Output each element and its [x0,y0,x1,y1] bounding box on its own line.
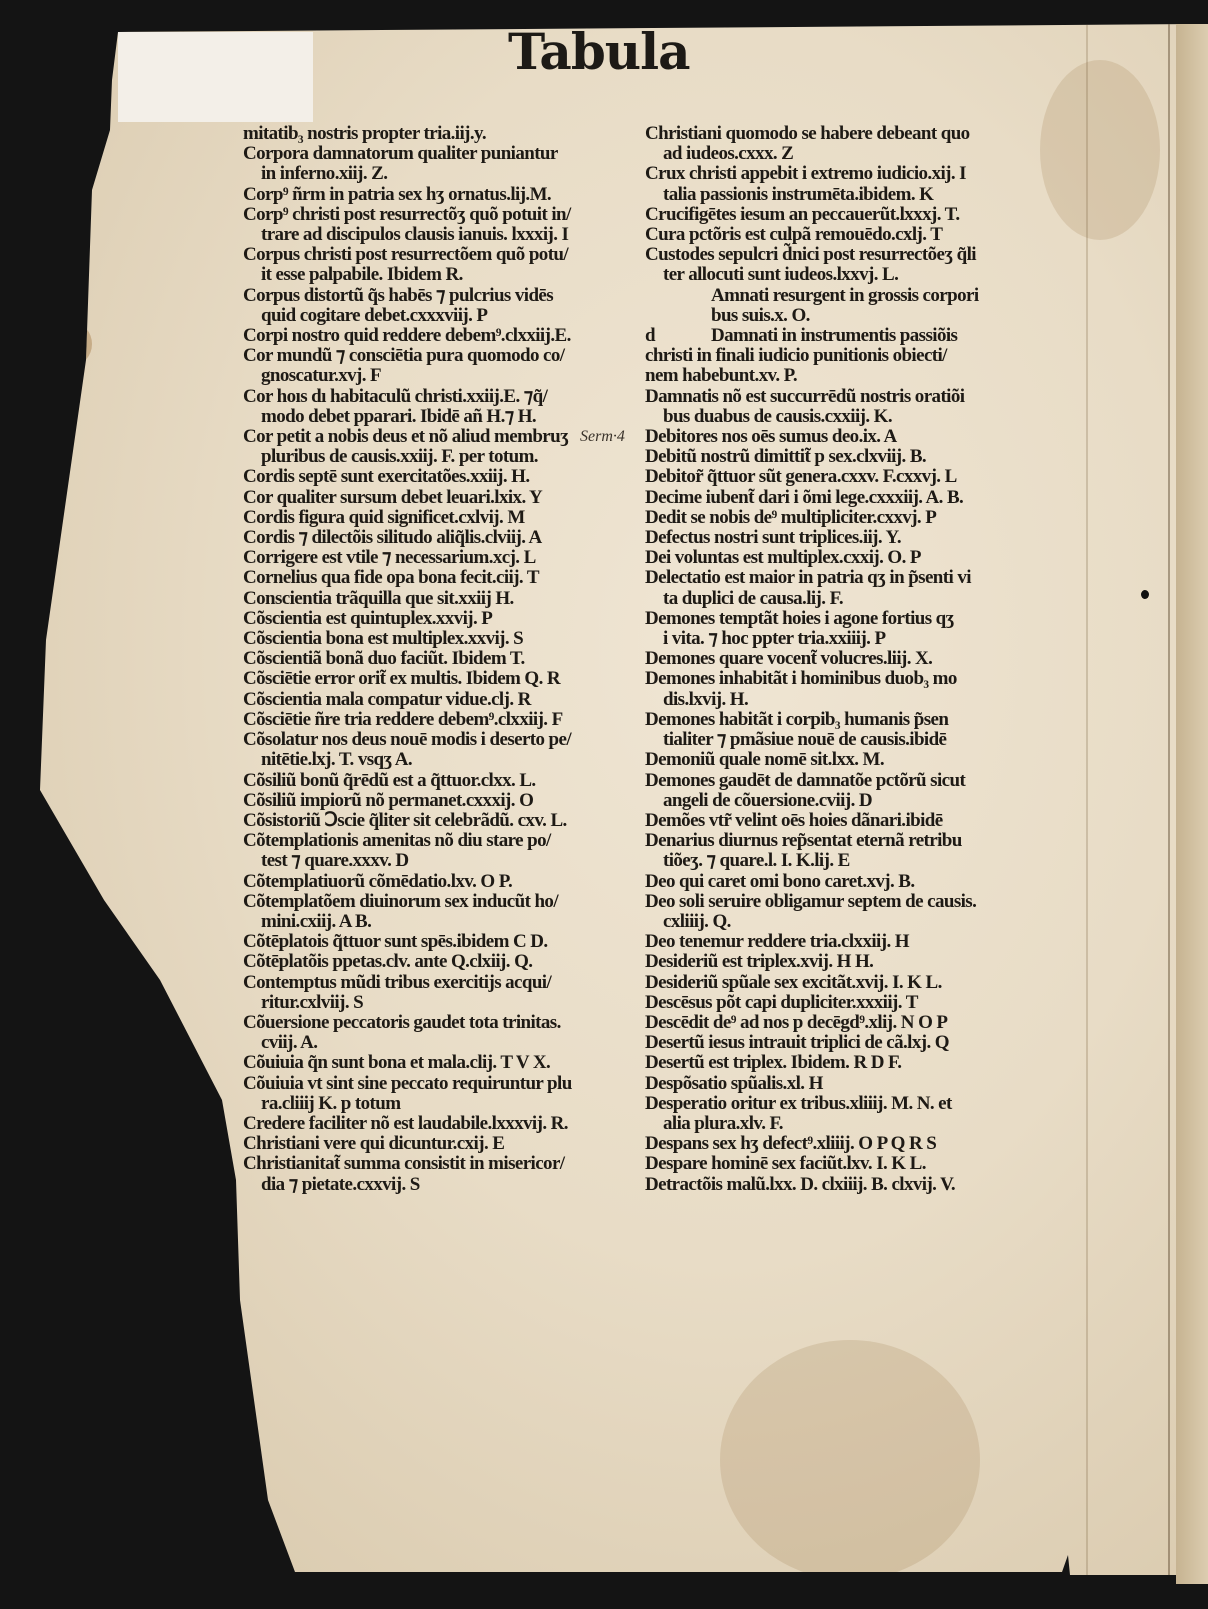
index-entry: Crucifigētes iesum an peccauerũt.lxxxj.… [645,205,1005,225]
index-entry: Damnati in instrumentis passiõischristi … [645,326,1005,387]
index-entry: Custodes sepulcri d̃nici post resurrectõ… [645,245,1005,285]
entry-headword-line: Dedit se nobis de⁹ multipliciter.cxxvj. … [645,508,1005,528]
entry-continuation-line: alia plura.xlv. F. [645,1114,1005,1134]
entry-headword-line: Cordis figura quid significet.cxlvij. M [243,508,643,528]
entry-headword-line: Debitor̃ q̃ttuor sũt genera.cxxv. F.cxx… [645,467,1005,487]
index-entry: Cõsistoriũ Ↄscie q̃liter sit celebrãdu… [243,811,643,831]
entry-headword-line: Demones gaudēt de damnatõe pctõrũ sicut [645,771,1005,791]
index-entry: Despans sex hʒ defect⁹.xliiij. O P Q R S [645,1134,1005,1154]
entry-headword-line: Deo tenemur reddere tria.clxxiij. H [645,932,1005,952]
entry-headword-line: Demones quare vocent̃ volucres.liij. X. [645,649,1005,669]
entry-headword-line: Contemptus mũdi tribus exercitijs acqui… [243,973,643,993]
entry-headword-line: Corrigere est vtile ⁊ necessarium.xcj. L [243,548,643,568]
entry-headword-line: Cõscientiã bonã duo faciũt. Ibidem T. [243,649,643,669]
entry-headword-line: Amnati resurgent in grossis corpori [711,286,1005,306]
entry-headword-line: Demões vtr̃ velint oēs hoies dãnari.ibi… [645,811,1005,831]
index-entry: Credere faciliter nõ est laudabile.lxxxv… [243,1114,643,1134]
entry-headword-line: Despare hominē sex faciũt.lxv. I. K L. [645,1154,1005,1174]
entry-continuation-line: trare ad discipulos clausis ianuis. lxxx… [243,225,643,245]
entry-headword-line: Cordis ⁊ dilectõis silitudo aliq̃lis.clv… [243,528,643,548]
index-entry: Demoniũ quale nomē sit.lxx. M. [645,750,1005,770]
index-entry: Cura pctõris est culpã remouēdo.cxlj. T [645,225,1005,245]
index-entry: Cõtemplatõem diuinorum sex inducũt ho/m… [243,892,643,932]
water-stain [720,1340,980,1580]
entry-continuation-line: tialiter ⁊ pmãsiue nouē de causis.ibidē [645,730,1005,750]
index-entry: Crux christi appebit i extremo iudicio.x… [645,164,1005,204]
entry-headword-line: Cõuersione peccatoris gaudet tota trinit… [243,1013,643,1033]
index-entry: Cordis septē sunt exercitatões.xxiij. H. [243,467,643,487]
index-entry: Deo tenemur reddere tria.clxxiij. H [645,932,1005,952]
entry-continuation-line: bus suis.x. O. [711,306,1005,326]
index-entry: Amnati resurgent in grossis corporibus s… [645,286,1005,326]
index-entry: Desertũ est triplex. Ibidem. R D F. [645,1053,1005,1073]
index-entry: Cõuiuia q̃n sunt bona et mala.clij. T V … [243,1053,643,1073]
index-entry: mitatib₃ nostris propter tria.iij.y. [243,124,643,144]
entry-headword-line: Cõsolatur nos deus nouē modis i deserto … [243,730,643,750]
entry-headword-line: Cordis septē sunt exercitatões.xxiij. H. [243,467,643,487]
entry-headword-line: Christiani vere qui dicuntur.cxij. E [243,1134,643,1154]
entry-headword-line: Cõscientia est quintuplex.xxvij. P [243,609,643,629]
index-column-left: mitatib₃ nostris propter tria.iij.y.Corp… [243,124,643,1195]
entry-continuation-line: modo debet pparari. Ibidē añ H.⁊ H. [243,407,643,427]
index-entry: Cornelius qua fide opa bona fecit.ciij. … [243,568,643,588]
index-entry: Cõscientia bona est multiplex.xxvij. S [243,629,643,649]
entry-headword-line: Demones temptãt hoies i agone fortius q… [645,609,1005,629]
entry-headword-line: Cõuiuia vt sint sine peccato requiruntur… [243,1074,643,1094]
entry-headword-line: Defectus nostri sunt triplices.iij. Y. [645,528,1005,548]
entry-headword-line: Corpus distortũ q̃s habēs ⁊ pulcrius vi… [243,286,643,306]
entry-continuation-line: test ⁊ quare.xxxv. D [243,851,643,871]
entry-continuation-line: ta duplici de causa.lij. F. [645,589,1005,609]
entry-continuation-line: talia passionis instrumēta.ibidem. K [645,185,1005,205]
entry-headword-line: Desideriũ est triplex.xvij. H H. [645,952,1005,972]
index-entry: Cõsiliũ impiorũ nõ permanet.cxxxij. O [243,791,643,811]
index-entry: Cõscientia est quintuplex.xxvij. P [243,609,643,629]
index-entry: Desideriũ est triplex.xvij. H H. [645,952,1005,972]
entry-continuation-line: pluribus de causis.xxiij. F. per totum. [243,447,643,467]
entry-headword-line: Denarius diurnus rep̃sentat eternã retr… [645,831,1005,851]
index-entry: Cõuiuia vt sint sine peccato requiruntur… [243,1074,643,1114]
entry-headword-line: Crux christi appebit i extremo iudicio.x… [645,164,1005,184]
index-entry: Demones inhabitãt i hominibus duob₃ mod… [645,669,1005,709]
index-entry: Dedit se nobis de⁹ multipliciter.cxxvj. … [645,508,1005,528]
gutter-fold-line [1168,24,1170,1575]
index-entry: Conscientia trãquilla que sit.xxiij H. [243,589,643,609]
index-entry: Cordis ⁊ dilectõis silitudo aliq̃lis.clv… [243,528,643,548]
index-entry: Christiani quomodo se habere debeant quo… [645,124,1005,164]
entry-headword-line: Damnatis nõ est succurrēdũ nostris orat… [645,387,1005,407]
index-entry: Demões vtr̃ velint oēs hoies dãnari.ibi… [645,811,1005,831]
page-heading: Tabula [508,22,690,81]
entry-headword-line: Desperatio oritur ex tribus.xliiij. M. N… [645,1094,1005,1114]
index-entry: Debitũ nostrũ dimittit̃ p sex.clxviij.… [645,447,1005,467]
index-entry: Descēsus põt capi dupliciter.xxxiij. T [645,993,1005,1013]
entry-continuation-line: quid cogitare debet.cxxxviij. P [243,306,643,326]
entry-headword-line: Desideriũ spũale sex excitãt.xvij. I. … [645,973,1005,993]
entry-continuation-line: tiõeʒ. ⁊ quare.l. I. K.lij. E [645,851,1005,871]
index-entry: Deo qui caret omi bono caret.xvj. B. [645,872,1005,892]
entry-continuation-line: i vita. ⁊ hoc ppter tria.xxiiij. P [645,629,1005,649]
index-entry: Cor qualiter sursum debet leuari.lxix. Y [243,488,643,508]
entry-headword-line: Cor qualiter sursum debet leuari.lxix. Y [243,488,643,508]
index-entry: Cordis figura quid significet.cxlvij. M [243,508,643,528]
entry-headword-line: Cõtemplatõem diuinorum sex inducũt ho/ [243,892,643,912]
water-stain [1040,60,1160,240]
index-entry: Desertũ iesus intrauit triplici de cã.… [645,1033,1005,1053]
entry-continuation-line: christi in finali iudicio punitionis obi… [645,346,1005,366]
entry-headword-line: Desertũ iesus intrauit triplici de cã.… [645,1033,1005,1053]
entry-continuation-line: it esse palpabile. Ibidem R. [243,265,643,285]
index-entry: Damnatis nõ est succurrēdũ nostris orat… [645,387,1005,427]
entry-headword-line: Cõsistoriũ Ↄscie q̃liter sit celebrãdu… [243,811,643,831]
entry-continuation-line: ad iudeos.cxxx. Z [645,144,1005,164]
entry-headword-line: Cor mundũ ⁊ consciētia pura quomodo co/ [243,346,643,366]
water-stain [52,322,92,366]
entry-continuation-line: cviij. A. [243,1033,643,1053]
index-entry: Demones temptãt hoies i agone fortius q… [645,609,1005,649]
index-entry: Corpora damnatorum qualiter punianturin … [243,144,643,184]
entry-headword-line: Demones habitãt i corpib₃ humanis p̃sen [645,710,1005,730]
index-entry: Delectatio est maior in patria qʒ in p̃s… [645,568,1005,608]
entry-headword-line: Cõsiliũ bonũ q̃rēdũ est a q̃ttuor.clx… [243,771,643,791]
index-entry: Cõuersione peccatoris gaudet tota trinit… [243,1013,643,1053]
entry-headword-line: Conscientia trãquilla que sit.xxiij H. [243,589,643,609]
entry-headword-line: Debitũ nostrũ dimittit̃ p sex.clxviij.… [645,447,1005,467]
entry-headword-line: Deo soli seruire obligamur septem de cau… [645,892,1005,912]
index-entry: Corrigere est vtile ⁊ necessarium.xcj. L [243,548,643,568]
index-entry: Cõscientiã bonã duo faciũt. Ibidem T. [243,649,643,669]
index-entry: Christiani vere qui dicuntur.cxij. E [243,1134,643,1154]
entry-headword-line: Dei voluntas est multiplex.cxxij. O. P [645,548,1005,568]
entry-continuation-line: angeli de cõuersione.cviij. D [645,791,1005,811]
entry-headword-line: Cõtēplatõis ppetas.clv. ante Q.clxiij. Q… [243,952,643,972]
entry-headword-line: Cõsciētie error orit̃ ex multis. Ibidem … [243,669,643,689]
index-entry: Cõsolatur nos deus nouē modis i deserto … [243,730,643,770]
entry-headword-line: Credere faciliter nõ est laudabile.lxxxv… [243,1114,643,1134]
index-entry: Cõsciētie ñre tria reddere debem⁹.clxxi… [243,710,643,730]
entry-continuation-line: gnoscatur.xvj. F [243,366,643,386]
entry-headword-line: Christianitat̃ summa consistit in miseri… [243,1154,643,1174]
index-entry: Despõsatio spũalis.xl. H [645,1074,1005,1094]
entry-headword-line: Corpora damnatorum qualiter puniantur [243,144,643,164]
index-entry: Cõscientia mala compatur vidue.clj. R [243,690,643,710]
entry-headword-line: Decime iubent̃ dari i õmi lege.cxxxiij.… [645,488,1005,508]
index-entry: Corp⁹ ñrm in patria sex hʒ ornatus.lij.… [243,185,643,205]
entry-headword-line: Cõtemplatiuorũ cõmēdatio.lxv. O P. [243,872,643,892]
entry-headword-line: Corpi nostro quid reddere debem⁹.clxxiij… [243,326,643,346]
entry-headword-line: Despans sex hʒ defect⁹.xliiij. O P Q R S [645,1134,1005,1154]
entry-continuation-line: bus duabus de causis.cxxiij. K. [645,407,1005,427]
entry-headword-line: Corpus christi post resurrectõem quõ po… [243,245,643,265]
entry-headword-line: Despõsatio spũalis.xl. H [645,1074,1005,1094]
entry-headword-line: Cura pctõris est culpã remouēdo.cxlj. T [645,225,1005,245]
index-entry: Christianitat̃ summa consistit in miseri… [243,1154,643,1194]
index-entry: Detractõis malũ.lxx. D. clxiiij. B. clx… [645,1175,1005,1195]
entry-continuation-line: dis.lxvij. H. [645,690,1005,710]
index-entry: Descēdit de⁹ ad nos p decēgd⁹.xlij. N O … [645,1013,1005,1033]
index-entry: Cor hoıs dı habitaculũ christi.xxiij.E.… [243,387,643,427]
entry-continuation-line: ra.cliiij K. p totum [243,1094,643,1114]
entry-headword-line: Cõsciētie ñre tria reddere debem⁹.clxxi… [243,710,643,730]
index-entry: Desideriũ spũale sex excitãt.xvij. I. … [645,973,1005,993]
index-entry: Corpus christi post resurrectõem quõ po… [243,245,643,285]
index-entry: Cõtemplatiuorũ cõmēdatio.lxv. O P. [243,872,643,892]
index-column-right: Christiani quomodo se habere debeant quo… [645,124,1005,1195]
entry-headword-line: Descēsus põt capi dupliciter.xxxiij. T [645,993,1005,1013]
index-entry: Corpi nostro quid reddere debem⁹.clxxiij… [243,326,643,346]
entry-continuation-line: ritur.cxlviij. S [243,993,643,1013]
entry-headword-line: Cõuiuia q̃n sunt bona et mala.clij. T V … [243,1053,643,1073]
index-entry: Contemptus mũdi tribus exercitijs acqui… [243,973,643,1013]
index-entry: Cor mundũ ⁊ consciētia pura quomodo co/… [243,346,643,386]
entry-continuation-line: nem habebunt.xv. P. [645,366,1005,386]
index-entry: Cõtemplationis amenitas nõ diu stare po/… [243,831,643,871]
ink-dot [1141,590,1149,599]
entry-headword-line: Delectatio est maior in patria qʒ in p̃s… [645,568,1005,588]
entry-continuation-line: in inferno.xiij. Z. [243,164,643,184]
entry-headword-line: Cõsiliũ impiorũ nõ permanet.cxxxij. O [243,791,643,811]
index-entry: Despare hominē sex faciũt.lxv. I. K L. [645,1154,1005,1174]
entry-headword-line: Cõtemplationis amenitas nõ diu stare po/ [243,831,643,851]
entry-headword-line: Demoniũ quale nomē sit.lxx. M. [645,750,1005,770]
index-entry: Corp⁹ christi post resurrectõʒ quõ potu… [243,205,643,245]
gutter-fold-line [1086,24,1088,1575]
index-entry: Decime iubent̃ dari i õmi lege.cxxxiij.… [645,488,1005,508]
entry-continuation-line: ter allocuti sunt iudeos.lxxvj. L. [645,265,1005,285]
entry-headword-line: Crucifigētes iesum an peccauerũt.lxxxj.… [645,205,1005,225]
entry-continuation-line: dia ⁊ pietate.cxxvij. S [243,1175,643,1195]
entry-headword-line: Demones inhabitãt i hominibus duob₃ mo [645,669,1005,689]
adjacent-leaf-edge [1176,24,1208,1584]
drop-cap-guide-letter: d [645,325,656,347]
paper-repair-patch [118,32,313,122]
marginal-note-sermon: Serm·4 [580,428,625,446]
entry-continuation-line: mini.cxiij. A B. [243,912,643,932]
entry-headword-line: Cõscientia bona est multiplex.xxvij. S [243,629,643,649]
index-entry: Cõtēplatõis ppetas.clv. ante Q.clxiij. Q… [243,952,643,972]
index-entry: Deo soli seruire obligamur septem de cau… [645,892,1005,932]
entry-continuation-line: cxliiij. Q. [645,912,1005,932]
entry-headword-line: Deo qui caret omi bono caret.xvj. B. [645,872,1005,892]
index-entry: Corpus distortũ q̃s habēs ⁊ pulcrius vi… [243,286,643,326]
index-entry: Desperatio oritur ex tribus.xliiij. M. N… [645,1094,1005,1134]
entry-headword-line: Desertũ est triplex. Ibidem. R D F. [645,1053,1005,1073]
entry-headword-line: Damnati in instrumentis passiõis [711,326,1005,346]
entry-headword-line: Debitores nos oēs sumus deo.ix. A [645,427,1005,447]
index-entry: Debitores nos oēs sumus deo.ix. A [645,427,1005,447]
index-entry: Debitor̃ q̃ttuor sũt genera.cxxv. F.cxx… [645,467,1005,487]
index-entry: Cõtēplatois q̃ttuor sunt spēs.ibidem C D… [243,932,643,952]
entry-headword-line: Descēdit de⁹ ad nos p decēgd⁹.xlij. N O … [645,1013,1005,1033]
entry-headword-line: Corp⁹ christi post resurrectõʒ quõ potu… [243,205,643,225]
index-entry: Dei voluntas est multiplex.cxxij. O. P [645,548,1005,568]
index-entry: Demones quare vocent̃ volucres.liij. X. [645,649,1005,669]
entry-headword-line: Cõtēplatois q̃ttuor sunt spēs.ibidem C D… [243,932,643,952]
entry-headword-line: Cor hoıs dı habitaculũ christi.xxiij.E.… [243,387,643,407]
entry-headword-line: Custodes sepulcri d̃nici post resurrectõ… [645,245,1005,265]
index-entry: Defectus nostri sunt triplices.iij. Y. [645,528,1005,548]
entry-continuation-line: nitētie.lxj. T. vsqʒ A. [243,750,643,770]
index-entry: Cõsciētie error orit̃ ex multis. Ibidem … [243,669,643,689]
entry-headword-line: Corp⁹ ñrm in patria sex hʒ ornatus.lij.… [243,185,643,205]
entry-headword-line: Detractõis malũ.lxx. D. clxiiij. B. clx… [645,1175,1005,1195]
index-entry: Demones gaudēt de damnatõe pctõrũ sicut… [645,771,1005,811]
entry-headword-line: Cõscientia mala compatur vidue.clj. R [243,690,643,710]
entry-headword-line: Cornelius qua fide opa bona fecit.ciij. … [243,568,643,588]
entry-headword-line: Christiani quomodo se habere debeant quo [645,124,1005,144]
index-entry: Denarius diurnus rep̃sentat eternã retr… [645,831,1005,871]
entry-headword-line: mitatib₃ nostris propter tria.iij.y. [243,124,643,144]
index-entry: Cõsiliũ bonũ q̃rēdũ est a q̃ttuor.clx… [243,771,643,791]
index-entry: Demones habitãt i corpib₃ humanis p̃sen… [645,710,1005,750]
